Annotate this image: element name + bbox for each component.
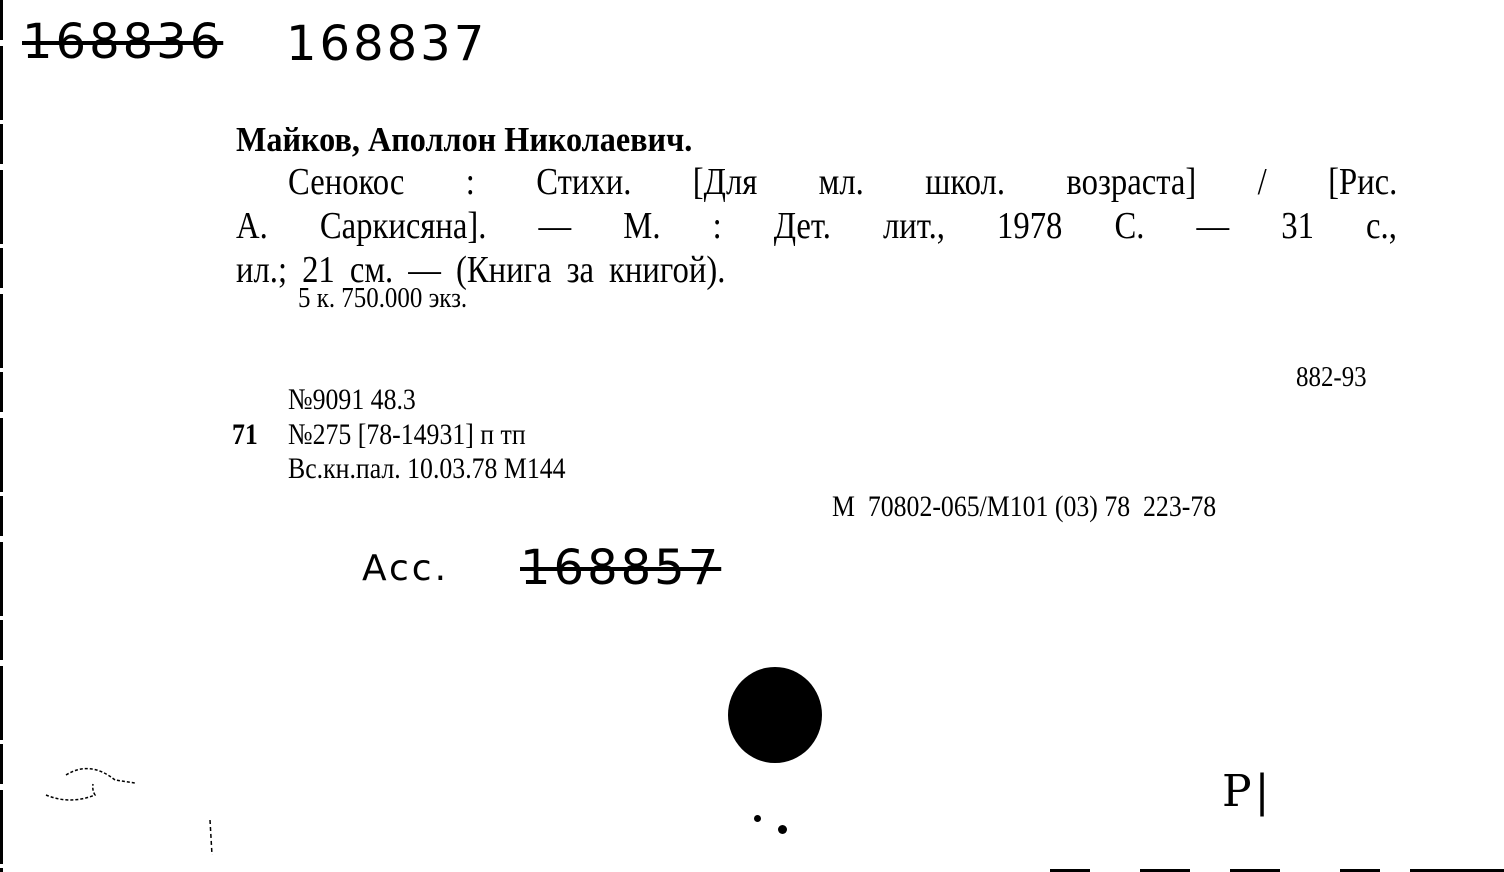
- title-line-2: А.Саркисяна].—М.:Дет.лит.,1978С.—31с.,: [236, 204, 1397, 248]
- title-word: С.: [1114, 204, 1144, 248]
- title-word: Сенокос: [288, 160, 404, 204]
- title-word: [Рис.: [1328, 160, 1397, 204]
- ink-speck: [754, 815, 761, 822]
- title-word: :: [713, 204, 722, 248]
- order-line-1: №9091 48.3: [288, 383, 416, 417]
- udc-code: 882-93: [1296, 361, 1367, 394]
- title-word: 1978: [997, 204, 1062, 248]
- title-word: 31: [1281, 204, 1314, 248]
- order-line-3: Вс.кн.пал. 10.03.78 М144: [288, 452, 566, 486]
- title-line-1: Сенокос:Стихи.[Длямл.школ.возраста]/[Рис…: [288, 160, 1248, 204]
- author-heading: Майков, Аполлон Николаевич.: [236, 120, 692, 160]
- pencil-scribble: [40, 760, 240, 860]
- title-word: Стихи.: [536, 160, 631, 204]
- order-line-2: №275 [78-14931] п тп: [288, 418, 526, 452]
- title-word: мл.: [819, 160, 864, 204]
- inventory-number: 168837: [286, 16, 487, 72]
- handwritten-mark: P|: [1222, 766, 1272, 817]
- title-word: лит.,: [883, 204, 945, 248]
- handwritten-acc: Acc.: [362, 548, 449, 589]
- title-word: Саркисяна].: [320, 204, 487, 248]
- title-word: с.,: [1366, 204, 1397, 248]
- struck-inventory-number: 168836: [22, 14, 223, 70]
- handwritten-struck-number: 168857: [520, 540, 721, 596]
- title-word: :: [466, 160, 475, 204]
- title-word: школ.: [925, 160, 1005, 204]
- title-word: Дет.: [774, 204, 831, 248]
- ink-speck: [778, 825, 787, 834]
- catalog-code: М 70802-065/М101 (03) 78 223-78: [832, 490, 1216, 524]
- title-word: возраста]: [1066, 160, 1196, 204]
- card-left-edge: [0, 0, 3, 872]
- catalog-card: 168836 168837 Майков, Аполлон Николаевич…: [0, 0, 1504, 872]
- card-punch-hole: [728, 667, 822, 763]
- title-word: —: [539, 204, 572, 248]
- price-print-run: 5 к. 750.000 экз.: [298, 282, 467, 315]
- title-word: /: [1258, 160, 1267, 204]
- title-word: [Для: [693, 160, 758, 204]
- order-prefix: 71: [232, 418, 258, 452]
- title-word: М.: [623, 204, 660, 248]
- title-word: А.: [236, 204, 268, 248]
- title-word: —: [1197, 204, 1230, 248]
